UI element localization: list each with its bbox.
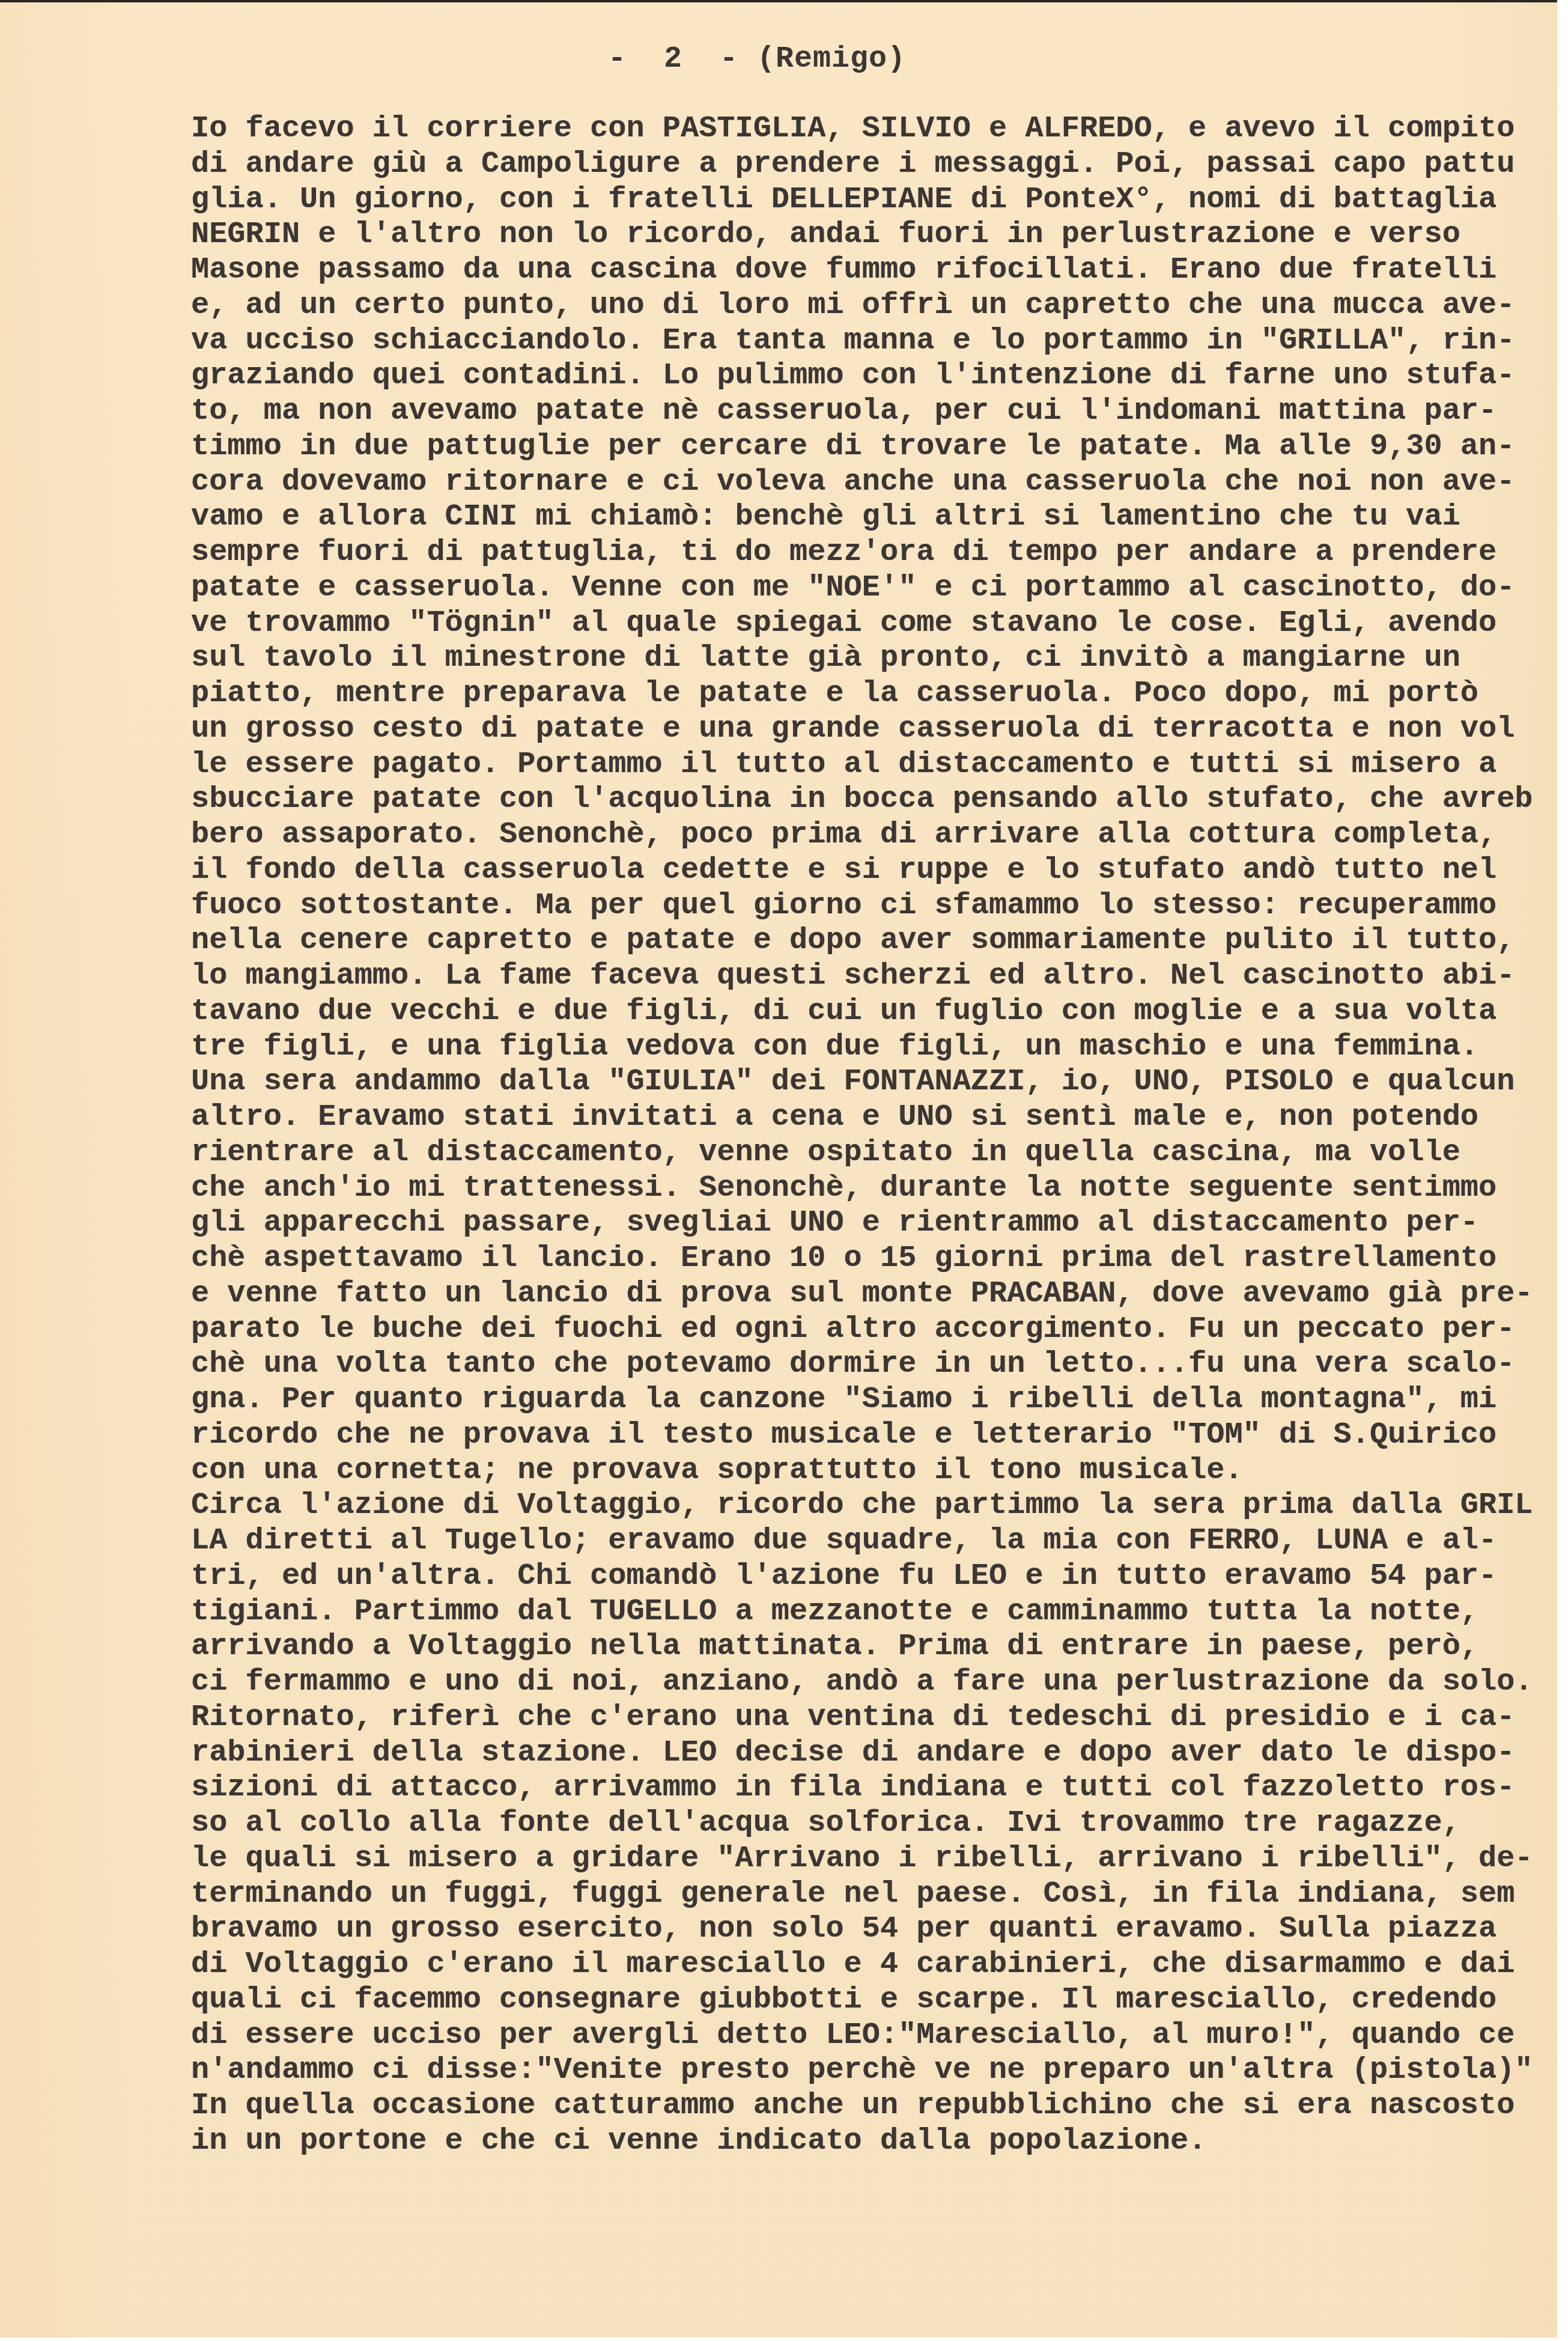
text-line: le quali si misero a gridare "Arrivano i… (191, 1842, 1533, 1877)
text-line: patate e casseruola. Venne con me "NOE'"… (191, 571, 1533, 606)
text-line: bravamo un grosso esercito, non solo 54 … (191, 1912, 1533, 1947)
text-line: lo mangiammo. La fame faceva questi sche… (191, 959, 1533, 994)
typewritten-page: - 2 - (Remigo) Io facevo il corriere con… (0, 0, 1557, 2337)
text-line: vamo e allora CINI mi chiamò: benchè gli… (191, 500, 1533, 535)
page-body: Io facevo il corriere con PASTIGLIA, SIL… (191, 112, 1533, 2160)
scan-margin (1557, 0, 1568, 2341)
text-line: va ucciso schiacciandolo. Era tanta mann… (191, 324, 1533, 359)
text-line: fuoco sottostante. Ma per quel giorno ci… (191, 889, 1533, 924)
text-line: le essere pagato. Portammo il tutto al d… (191, 747, 1533, 783)
text-line: Io facevo il corriere con PASTIGLIA, SIL… (191, 112, 1533, 147)
text-line: sul tavolo il minestrone di latte già pr… (191, 641, 1533, 677)
text-line: sempre fuori di pattuglia, ti do mezz'or… (191, 535, 1533, 571)
text-line: gli apparecchi passare, svegliai UNO e r… (191, 1206, 1533, 1241)
text-line: tri, ed un'altra. Chi comandò l'azione f… (191, 1559, 1533, 1595)
text-line: tavano due vecchi e due figli, di cui un… (191, 994, 1533, 1030)
text-line: tigiani. Partimmo dal TUGELLO a mezzanot… (191, 1595, 1533, 1630)
text-line: so al collo alla fonte dell'acqua solfor… (191, 1806, 1533, 1842)
text-line: in un portone e che ci venne indicato da… (191, 2124, 1533, 2160)
text-line: cora dovevamo ritornare e ci voleva anch… (191, 465, 1533, 501)
text-line: Circa l'azione di Voltaggio, ricordo che… (191, 1488, 1533, 1524)
text-line: sizioni di attacco, arrivammo in fila in… (191, 1771, 1533, 1806)
text-line: glia. Un giorno, con i fratelli DELLEPIA… (191, 183, 1533, 218)
text-line: LA diretti al Tugello; eravamo due squad… (191, 1524, 1533, 1559)
text-line: di essere ucciso per avergli detto LEO:"… (191, 2018, 1533, 2054)
text-line: e, ad un certo punto, uno di loro mi off… (191, 288, 1533, 324)
text-line: arrivando a Voltaggio nella mattinata. P… (191, 1630, 1533, 1665)
text-line: quali ci facemmo consegnare giubbotti e … (191, 1983, 1533, 2018)
text-line: Una sera andammo dalla "GIULIA" dei FONT… (191, 1065, 1533, 1100)
text-line: Ritornato, riferì che c'erano una ventin… (191, 1700, 1533, 1736)
text-line: ricordo che ne provava il testo musicale… (191, 1418, 1533, 1454)
text-line: chè una volta tanto che potevamo dormire… (191, 1347, 1533, 1383)
text-line: rabinieri della stazione. LEO decise di … (191, 1736, 1533, 1771)
text-line: ve trovammo "Tögnin" al quale spiegai co… (191, 606, 1533, 642)
text-line: che anch'io mi trattenessi. Senonchè, du… (191, 1171, 1533, 1207)
text-line: parato le buche dei fuochi ed ogni altro… (191, 1312, 1533, 1348)
text-line: to, ma non avevamo patate nè casseruola,… (191, 394, 1533, 430)
text-line: graziando quei contadini. Lo pulimmo con… (191, 359, 1533, 394)
text-line: di Voltaggio c'erano il maresciallo e 4 … (191, 1947, 1533, 1983)
text-line: altro. Eravamo stati invitati a cena e U… (191, 1100, 1533, 1136)
text-line: n'andammo ci disse:"Venite presto perchè… (191, 2053, 1533, 2089)
text-line: con una cornetta; ne provava soprattutto… (191, 1454, 1533, 1489)
text-line: terminando un fuggi, fuggi generale nel … (191, 1877, 1533, 1913)
text-line: un grosso cesto di patate e una grande c… (191, 712, 1533, 747)
text-line: timmo in due pattuglie per cercare di tr… (191, 430, 1533, 465)
text-line: rientrare al distaccamento, venne ospita… (191, 1136, 1533, 1171)
text-line: sbucciare patate con l'acquolina in bocc… (191, 782, 1533, 818)
text-line: tre figli, e una figlia vedova con due f… (191, 1030, 1533, 1065)
text-line: In quella occasione catturammo anche un … (191, 2089, 1533, 2124)
text-line: bero assaporato. Senonchè, poco prima di… (191, 818, 1533, 853)
text-line: piatto, mentre preparava le patate e la … (191, 677, 1533, 712)
text-line: Masone passamo da una cascina dove fummo… (191, 253, 1533, 288)
text-line: il fondo della casseruola cedette e si r… (191, 853, 1533, 889)
text-line: e venne fatto un lancio di prova sul mon… (191, 1277, 1533, 1312)
page-header: - 2 - (Remigo) (0, 42, 1557, 77)
text-line: di andare giù a Campoligure a prendere i… (191, 147, 1533, 183)
text-line: gna. Per quanto riguarda la canzone "Sia… (191, 1383, 1533, 1418)
text-line: ci fermammo e uno di noi, anziano, andò … (191, 1665, 1533, 1700)
text-line: nella cenere capretto e patate e dopo av… (191, 924, 1533, 959)
text-line: chè aspettavamo il lancio. Erano 10 o 15… (191, 1241, 1533, 1277)
text-line: NEGRIN e l'altro non lo ricordo, andai f… (191, 218, 1533, 253)
